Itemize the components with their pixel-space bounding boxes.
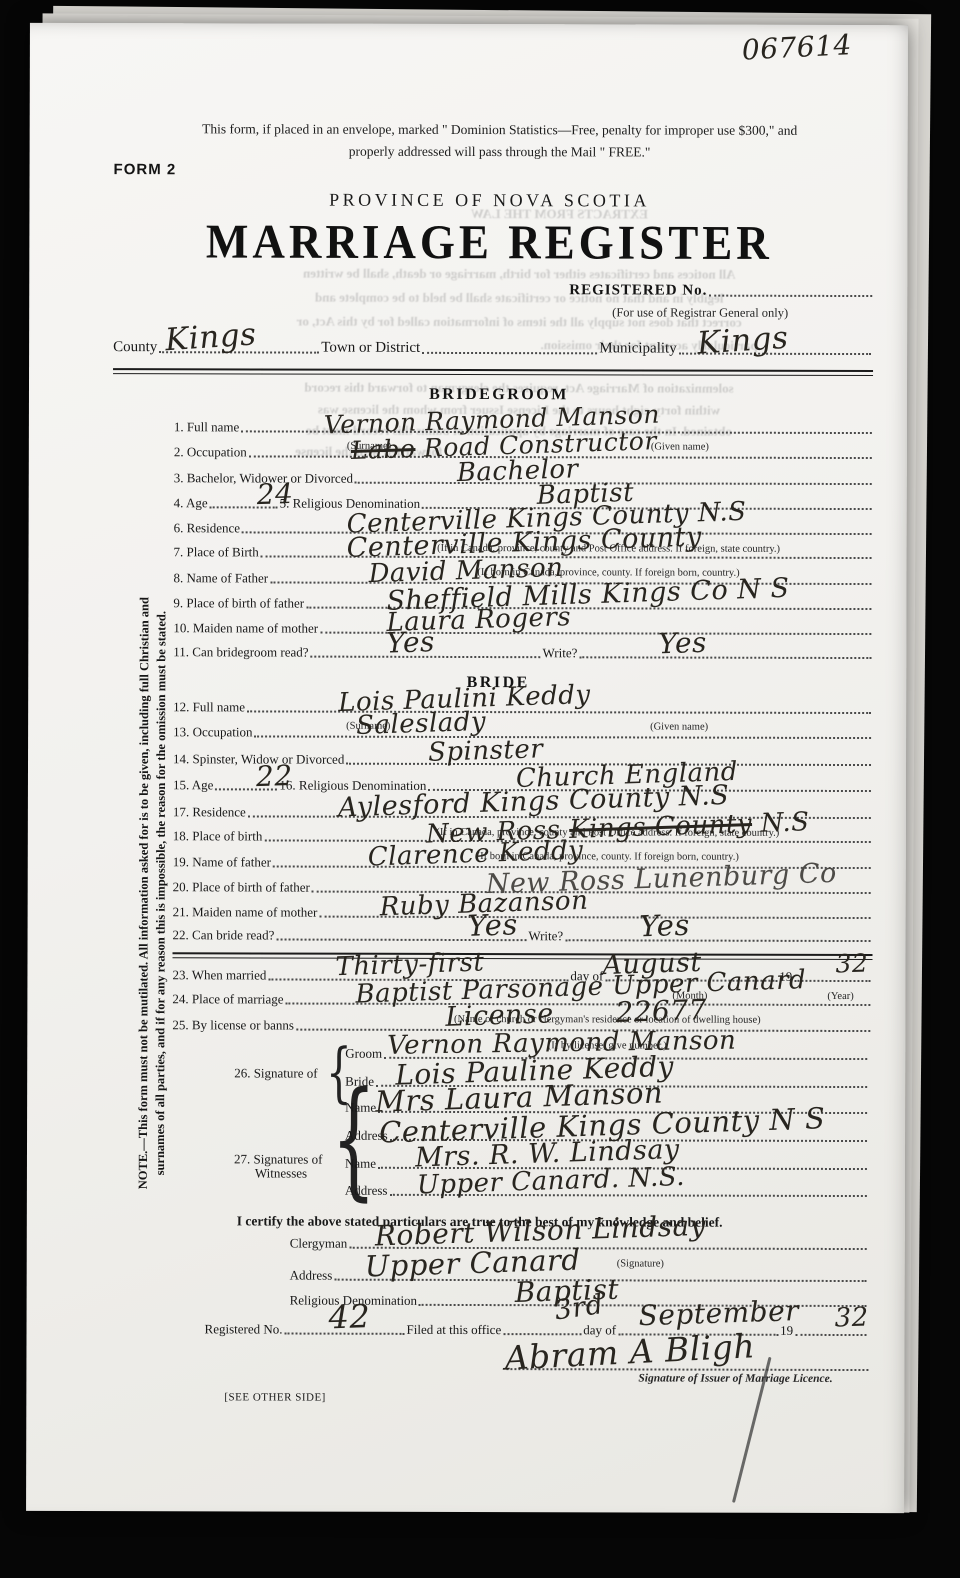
filed-day-value: 3rd <box>553 1289 606 1326</box>
field-label: 15. Age <box>173 777 213 793</box>
struck-word: Kings County <box>569 809 753 845</box>
field-label: 6. Residence <box>174 520 240 536</box>
clergyman-address-label: Address <box>290 1268 333 1284</box>
side-note: NOTE.—This form must not be mutilated. A… <box>135 568 171 1218</box>
bridegroom-section-title: BRIDEGROOM <box>179 385 819 405</box>
bride-can-read: Yes <box>467 907 518 943</box>
county-label: County <box>113 339 157 356</box>
marriage-year-value: 32 <box>835 948 869 978</box>
municipality-value: Kings <box>696 320 790 362</box>
field-label: 25. By license or banns <box>172 1017 294 1033</box>
filed-label: Filed at this office <box>406 1322 501 1338</box>
side-note-line-1: NOTE.—This form must not be mutilated. A… <box>135 568 154 1218</box>
section-divider <box>173 952 873 960</box>
field-label: Write? <box>528 928 563 944</box>
dotted-line <box>422 352 597 354</box>
dotted-line <box>709 295 872 297</box>
form-number-label: FORM 2 <box>114 161 177 178</box>
field-label: 22. Can bride read? <box>173 927 275 943</box>
marriage-register-page: EXTRACTS FROM THE LAW All notices and ce… <box>26 23 908 1513</box>
mail-notice-line-2: properly addressed will pass through the… <box>130 143 870 161</box>
field-label: 11. Can bridegroom read? <box>173 644 308 660</box>
field-label: 2. Occupation <box>174 444 247 460</box>
field-label: 13. Occupation <box>173 724 252 740</box>
bridegroom-can-write: Yes <box>658 626 708 661</box>
field-label: 19. Name of father <box>173 854 271 870</box>
municipality-label: Municipality <box>599 340 677 357</box>
clergyman-label: Clergyman <box>290 1236 348 1252</box>
field-label: 18. Place of birth <box>173 828 263 844</box>
filed-month-value: September <box>638 1294 799 1332</box>
license-number: 22677 <box>615 993 708 1029</box>
dotted-line <box>565 939 870 942</box>
field-label: 23. When married <box>172 967 266 983</box>
register-title: MARRIAGE REGISTER <box>139 213 839 271</box>
groom-label: Groom <box>345 1046 382 1062</box>
field-label: 21. Maiden name of mother <box>173 904 318 920</box>
field-label: 24. Place of marriage <box>172 991 283 1007</box>
scanned-marriage-register: { "scan": { "serial": "067614", "see_oth… <box>0 0 960 1578</box>
signature-of-label: 26. Signature of <box>234 1065 317 1081</box>
bridegroom-age: 24 <box>256 477 294 511</box>
field-label: Write? <box>543 645 578 661</box>
registered-no-label: REGISTERED No. <box>569 282 707 299</box>
field-label: 9. Place of birth of father <box>173 595 304 611</box>
registered-no-value: 42 <box>328 1297 371 1336</box>
section-divider <box>113 368 873 376</box>
name-label: Name <box>345 1156 376 1172</box>
field-label: 4. Age <box>174 495 208 511</box>
bride-can-write: Yes <box>639 908 690 944</box>
side-note-line-2: surnames of all parties, and if for any … <box>152 568 171 1218</box>
field-label: 1. Full name <box>174 419 239 435</box>
witnesses-label2: Witnesses <box>255 1165 307 1181</box>
bridegroom-can-read: Yes <box>386 625 436 660</box>
see-other-side-label: [SEE OTHER SIDE] <box>224 1391 326 1403</box>
serial-number: 067614 <box>741 28 852 66</box>
registrar-note: (For use of Registrar General only) <box>612 305 788 320</box>
issuer-note: Signature of Issuer of Marriage Licence. <box>638 1372 832 1385</box>
dotted-line <box>579 656 871 659</box>
province-title: PROVINCE OF NOVA SCOTIA <box>179 189 799 212</box>
dotted-line <box>255 735 872 739</box>
town-district-label: Town or District <box>321 340 420 357</box>
mail-notice-line-1: This form, if placed in an envelope, mar… <box>130 121 870 139</box>
field-label: 10. Maiden name of mother <box>173 620 318 636</box>
field-label: 17. Residence <box>173 804 246 820</box>
registered-no-bottom-label: Registered No. <box>205 1321 283 1337</box>
bride-age: 22 <box>255 759 293 793</box>
field-label: 20. Place of birth of father <box>173 879 310 895</box>
dotted-line <box>795 1334 866 1336</box>
birthplace-text: N.S <box>760 807 810 839</box>
field-label: 8. Name of Father <box>173 570 268 586</box>
field-label: 7. Place of Birth <box>174 544 259 560</box>
filed-year-value: 32 <box>834 1302 869 1333</box>
name-label: Name <box>345 1100 376 1116</box>
county-value: Kings <box>164 316 258 358</box>
address-label: Address <box>345 1183 388 1199</box>
field-label: 12. Full name <box>173 699 245 715</box>
struck-word: Labo <box>350 434 415 465</box>
